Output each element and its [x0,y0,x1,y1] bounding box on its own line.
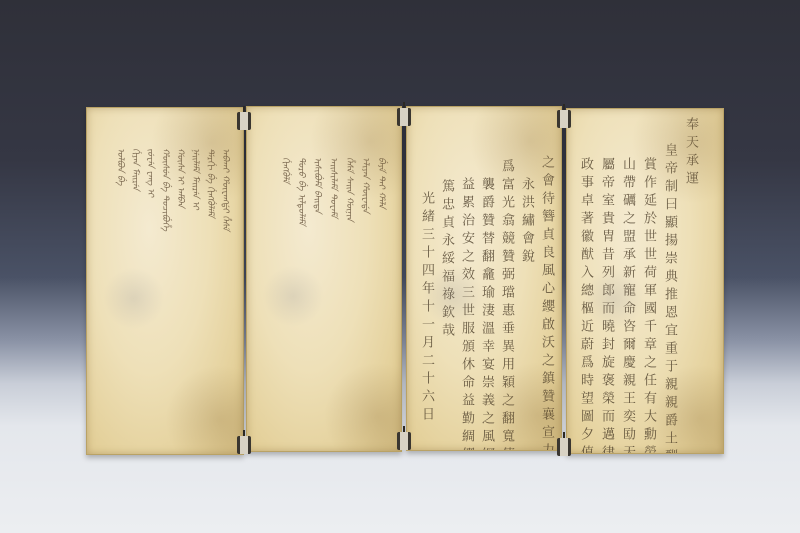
hinge-bottom-2 [397,432,411,450]
inscription-column: 益累治安之效三世服頒休命益勤綢繆用爾世 [460,147,473,430]
inscription-column: 永洪繡會銳 [520,147,533,430]
date-inscription: 光緒三十四年十一月二十六日 [420,147,433,430]
inscription-column: ᡳᠰᡳᠪᡠᠮᡝ ᠪᠠᡳᡨᠠ [312,157,321,411]
hinge-bottom-3 [557,438,571,456]
photo-scene: ᠠᠪᡴᠠᡳ ᡥᡡᠸᠠᠩᡩᡳ ᡥᡝᠰᡝ ᡩᡝᡵᡤᡳ ᠪᡝ ᡤᡳᠩᡤᡠᠯᡝᠮᡝ ᠨᡝ… [0,0,800,533]
inscription-column: ᠵᡠᠸᡝᠨ ᠸᠠᠩ ᡳ [145,148,154,424]
hinge-top-2 [397,108,411,126]
inscription-column: 山帶礪之盟承新寵命咨爾慶親王奕劻天家尊 [621,117,634,433]
inscription-column: ᡤᡡᠰᠠ ᡳ ᠠᠮᠪᠠᠨ [175,148,184,424]
hinge-top-1 [237,112,251,130]
panel-4-chinese: 奉天承運 皇帝制曰顯揚崇典推恩宜重于親親爵土酬庸行 賞作延於世世荷軍國千章之任有… [566,108,724,454]
panel-3-chinese: 之會待簪貞良風心纓啟沃之鎮贊襄宣力服石 永洪繡會銳 爲富光翕競贊弼璫惠垂異用穎之… [406,106,562,451]
hinge-top-3 [557,110,571,128]
inscription-column: ᡥᡝᠰᡝ ᠰᠠᡳᠨ ᡤᡡᠨᡳᠨ [344,157,353,411]
inscription-column: ᠠᠪᡴᠠᡳ ᡥᡡᠸᠠᠩᡩᡳ ᡥᡝᠰᡝ [220,148,229,424]
inscription-column: ᠨᡝᡳᠯᡝᠮᡝ ᠮᡝᡳᡵᡝᠨ ᡳ [190,148,199,424]
panel-1-manchu: ᠠᠪᡴᠠᡳ ᡥᡡᠸᠠᠩᡩᡳ ᡥᡝᠰᡝ ᡩᡝᡵᡤᡳ ᠪᡝ ᡤᡳᠩᡤᡠᠯᡝᠮᡝ ᠨᡝ… [86,107,244,455]
hinge-bottom-1 [237,436,251,454]
panel-2-manchu: ᠪᡝᠶᡝ ᡨᡝᡳ ᡥᠠᠯᠠ ᡝᠯᡳᠶᠠᠨ ᡥᡡᠸᠠᡩᠠ ᡥᡝᠰᡝ ᠰᠠᡳᠨ ᡤᡡ… [246,106,402,452]
inscription-column: ᠠᡳᠰᡳᠯᠠᠮᡝ ᡨᡠᠸᠠᠮᡝ [328,157,337,411]
inscription-column: 賞作延於世世荷軍國千章之任有大勳勞中河 [642,117,655,433]
inscription-column: 政事卓著徽猷入總樞近蔚爲時望圖夕值艱難 [579,117,592,433]
inscription-column: ᡥᡡᠰᡠᠨ ᠪᡝ ᡨᡠᠴᡳᠪᡠᡥᡝ [160,148,169,424]
inscription-column: 襲爵贊替翻龕瑜淒溫幸宴崇義之風綱貴格近 [480,147,493,430]
inscription-column: ᡩᠣᡵᠣ ᠪᡝ ᡳᠯᡨᡠᠯᡝᠮᡝ [296,157,305,411]
inscription-column: ᠪᡝᠶᡝ ᡨᡝᡳ ᡥᠠᠯᠠ [376,157,385,411]
inscription-column: ᡤᡳᠩᡤᡠᠯᡝ [280,157,289,411]
inscription-column: ᡩᡝᡵᡤᡳ ᠪᡝ ᡤᡳᠩᡤᡠᠯᡝᠮᡝ [205,148,214,424]
inscription-column: 之會待簪貞良風心纓啟沃之鎮贊襄宣力服石 [540,147,553,430]
inscription-column: ᡤᡳᠶᠠᠨ ᠮᡝᡳᡵᡝᠨ [130,148,139,424]
heading-fengtian-chengyun: 奉天承運 [684,117,697,433]
inscription-column: 屬帝室貴胄昔列郎而曉封旋褒榮而邁律興朝 [600,117,613,433]
inscription-column: 皇帝制曰顯揚崇典推恩宜重于親親爵土酬庸行 [663,117,676,433]
inscription-column: 篤忠貞永綏福祿欽哉 [440,147,453,430]
inscription-column: 爲富光翕競贊弼璫惠垂異用穎之翻寬傳以觀王世 [500,147,513,430]
inscription-column: ᠣᠯᠪᠣᠨ ᠪᡝ [115,148,124,424]
inscription-column: ᡝᠯᡳᠶᠠᠨ ᡥᡡᠸᠠᡩᠠ [360,157,369,411]
